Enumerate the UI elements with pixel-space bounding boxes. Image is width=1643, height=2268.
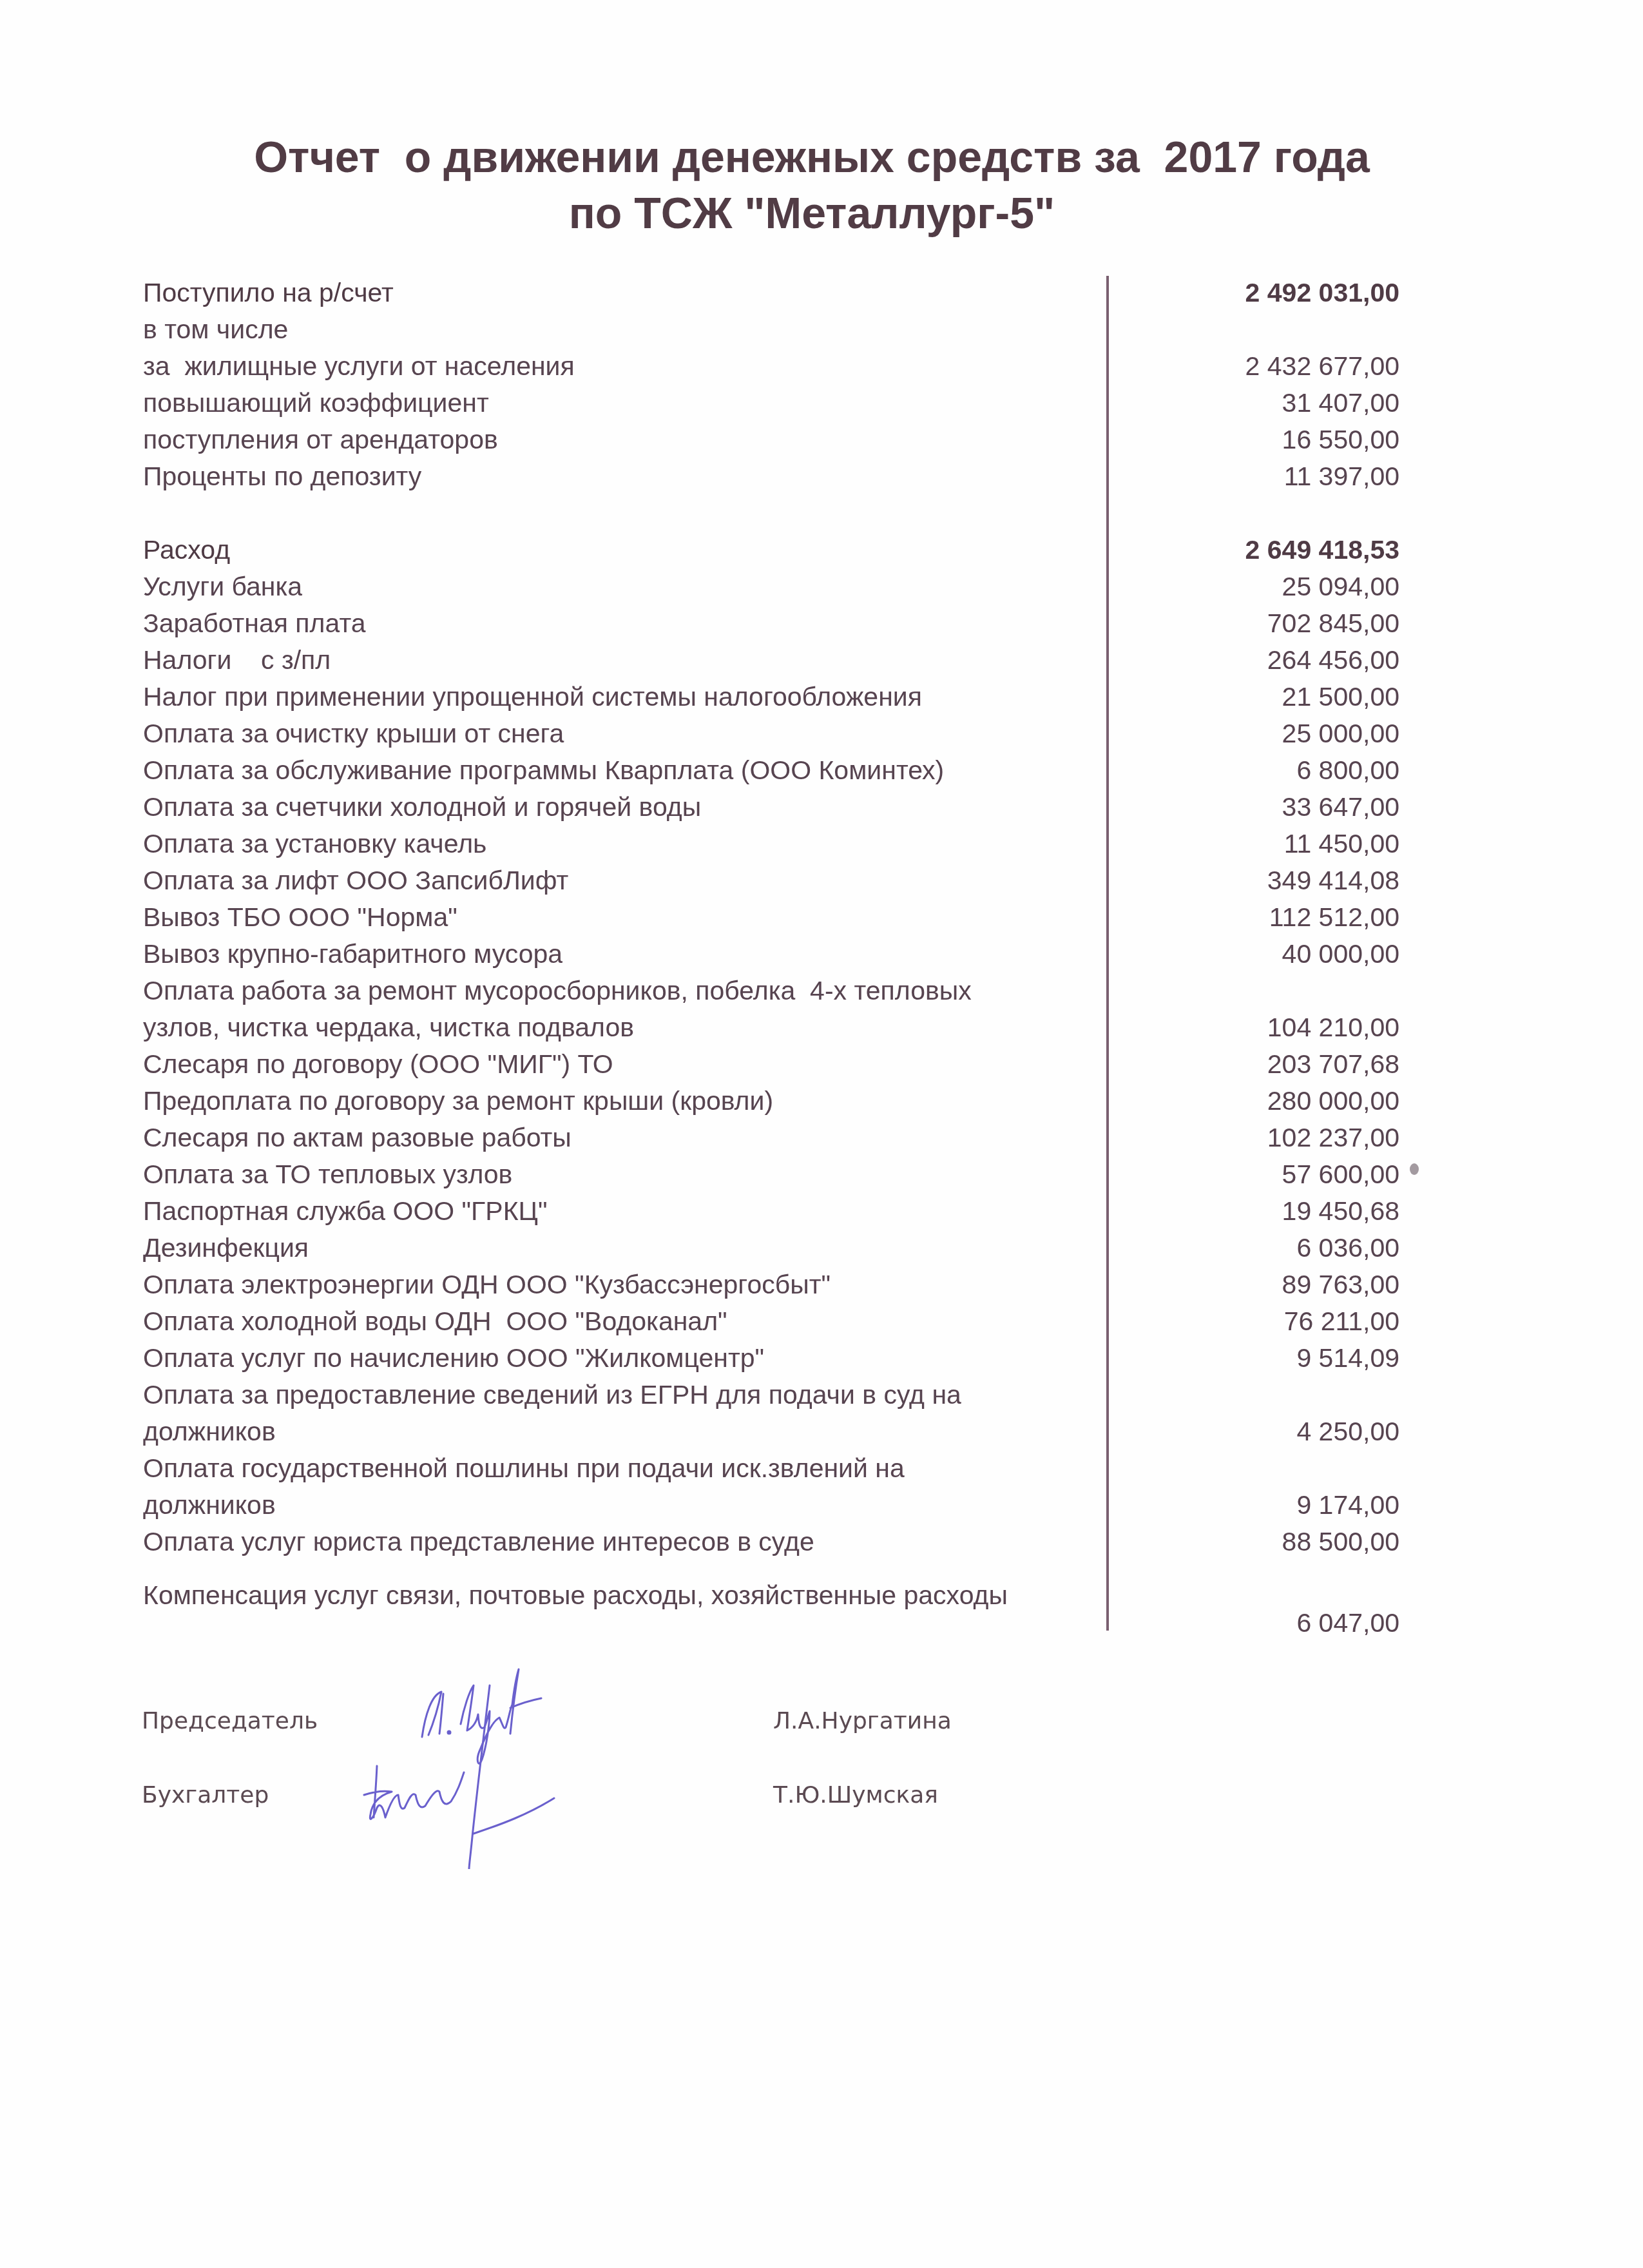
income-subheading-row: в том числе	[143, 311, 1399, 348]
expense-value: 25 094,00	[1282, 568, 1399, 605]
report-title: Отчет о движении денежных средств за 201…	[39, 132, 1585, 182]
expense-label: Оплата услуг по начислению ООО "Жилкомце…	[143, 1340, 764, 1377]
income-total-label: Поступило на р/счет	[143, 275, 394, 311]
expense-label: Налоги с з/пл	[143, 642, 331, 679]
expense-total-value: 2 649 418,53	[1245, 532, 1399, 568]
expense-value: 40 000,00	[1282, 936, 1399, 973]
expense-row: Предоплата по договору за ремонт крыши (…	[143, 1083, 1399, 1119]
income-label: повышающий коэффициент	[143, 385, 489, 422]
expense-label: Оплата за лифт ООО ЗапсибЛифт	[143, 862, 568, 899]
expense-label: Вывоз крупно-габаритного мусора	[143, 936, 562, 973]
expense-label-continued: должников	[143, 1413, 276, 1450]
expense-value: 280 000,00	[1267, 1083, 1399, 1119]
expense-value: 702 845,00	[1267, 605, 1399, 642]
expense-label: Паспортная служба ООО "ГРКЦ"	[143, 1193, 547, 1230]
income-subheading: в том числе	[143, 311, 288, 348]
expense-row: Паспортная служба ООО "ГРКЦ" 19 450,68	[143, 1193, 1399, 1230]
expense-value: 57 600,00	[1282, 1156, 1399, 1193]
expense-row: Оплата услуг по начислению ООО "Жилкомце…	[143, 1340, 1399, 1377]
expense-value: 88 500,00	[1282, 1524, 1399, 1560]
expense-value: 9 514,09	[1296, 1340, 1399, 1377]
income-label: за жилищные услуги от населения	[143, 348, 575, 385]
expense-value: 203 707,68	[1267, 1046, 1399, 1083]
income-row: Проценты по депозиту 11 397,00	[143, 458, 1399, 495]
handwritten-signatures-icon	[361, 1663, 631, 1869]
scan-speck	[1410, 1163, 1419, 1175]
report-subtitle: по ТСЖ "Металлург-5"	[39, 188, 1585, 238]
expense-label: Оплата за установку качель	[143, 826, 486, 862]
signature-role-accountant: Бухгалтер	[142, 1782, 269, 1808]
expense-label: Оплата холодной воды ОДН ООО "Водоканал"	[143, 1303, 727, 1340]
expense-label: Оплата за обслуживание программы Кварпла…	[143, 752, 944, 789]
expense-row: Оплата за ТО тепловых узлов 57 600,00	[143, 1156, 1399, 1193]
expense-row-multiline: Оплата государственной пошлины при подач…	[143, 1450, 1399, 1487]
expense-value: 11 450,00	[1284, 826, 1399, 862]
signature-name-chairman: Л.А.Нургатина	[773, 1708, 952, 1734]
income-value: 31 407,00	[1282, 385, 1399, 422]
expense-row: Оплата за счетчики холодной и горячей во…	[143, 789, 1399, 826]
income-total-value: 2 492 031,00	[1245, 275, 1399, 311]
expense-value: 349 414,08	[1267, 862, 1399, 899]
income-value: 2 432 677,00	[1245, 348, 1399, 385]
income-value: 16 550,00	[1282, 422, 1399, 458]
expense-row-continuation: должников 9 174,00	[143, 1487, 1399, 1524]
expense-row: Оплата за лифт ООО ЗапсибЛифт 349 414,08	[143, 862, 1399, 899]
expense-label: Оплата работа за ремонт мусоросборников,…	[143, 973, 972, 1009]
expense-label: Слесаря по договору (ООО "МИГ") ТО	[143, 1046, 613, 1083]
expense-row: Услуги банка 25 094,00	[143, 568, 1399, 605]
expense-row-multiline: Оплата за предоставление сведений из ЕГР…	[143, 1377, 1399, 1413]
income-value: 11 397,00	[1284, 458, 1399, 495]
expense-value: 264 456,00	[1267, 642, 1399, 679]
expense-label: Оплата за очистку крыши от снега	[143, 715, 564, 752]
expense-value: 6 047,00	[1296, 1605, 1399, 1642]
expense-row: Оплата услуг юриста представление интере…	[143, 1524, 1399, 1560]
expense-value: 112 512,00	[1269, 899, 1399, 936]
expense-row: Оплата электроэнергии ОДН ООО "Кузбассэн…	[143, 1266, 1399, 1303]
expense-value: 4 250,00	[1296, 1413, 1399, 1450]
expense-row: Слесаря по договору (ООО "МИГ") ТО 203 7…	[143, 1046, 1399, 1083]
expense-value: 89 763,00	[1282, 1266, 1399, 1303]
expense-value: 6 036,00	[1296, 1230, 1399, 1266]
expense-row: Вывоз ТБО ООО "Норма" 112 512,00	[143, 899, 1399, 936]
expense-value: 19 450,68	[1282, 1193, 1399, 1230]
income-row: за жилищные услуги от населения 2 432 67…	[143, 348, 1399, 385]
document-page: Отчет о движении денежных средств за 201…	[0, 0, 1643, 2268]
expense-row: Налог при применении упрощенной системы …	[143, 679, 1399, 715]
expense-value: 25 000,00	[1282, 715, 1399, 752]
expense-row: Оплата холодной воды ОДН ООО "Водоканал"…	[143, 1303, 1399, 1340]
expense-label: Вывоз ТБО ООО "Норма"	[143, 899, 457, 936]
expense-label: Оплата за счетчики холодной и горячей во…	[143, 789, 701, 826]
signature-name-accountant: Т.Ю.Шумская	[773, 1782, 938, 1808]
signature-role-chairman: Председатель	[142, 1708, 318, 1734]
expense-row-multiline: Оплата работа за ремонт мусоросборников,…	[143, 973, 1399, 1009]
expense-row: Слесаря по актам разовые работы 102 237,…	[143, 1119, 1399, 1156]
expense-row: Заработная плата 702 845,00	[143, 605, 1399, 642]
expense-label: Оплата за предоставление сведений из ЕГР…	[143, 1377, 961, 1413]
expense-value: 6 800,00	[1296, 752, 1399, 789]
expense-label: Слесаря по актам разовые работы	[143, 1119, 572, 1156]
expense-label-continued: должников	[143, 1487, 276, 1524]
expense-value: 102 237,00	[1267, 1119, 1399, 1156]
income-label: поступления от арендаторов	[143, 422, 498, 458]
expense-row: Оплата за установку качель 11 450,00	[143, 826, 1399, 862]
expense-label-continued: узлов, чистка чердака, чистка подвалов	[143, 1009, 634, 1046]
income-row: повышающий коэффициент 31 407,00	[143, 385, 1399, 422]
expense-label: Оплата за ТО тепловых узлов	[143, 1156, 512, 1193]
expense-row: Оплата за очистку крыши от снега 25 000,…	[143, 715, 1399, 752]
expense-value: 76 211,00	[1284, 1303, 1399, 1340]
expense-row-continuation: должников 4 250,00	[143, 1413, 1399, 1450]
expense-row: Дезинфекция 6 036,00	[143, 1230, 1399, 1266]
expense-row-last-value: 6 047,00	[143, 1605, 1399, 1642]
expense-label: Услуги банка	[143, 568, 302, 605]
income-row: поступления от арендаторов 16 550,00	[143, 422, 1399, 458]
expense-total-label: Расход	[143, 532, 230, 568]
expense-label: Налог при применении упрощенной системы …	[143, 679, 922, 715]
expense-label: Оплата услуг юриста представление интере…	[143, 1524, 814, 1560]
expense-row-continuation: узлов, чистка чердака, чистка подвалов 1…	[143, 1009, 1399, 1046]
expense-label: Оплата электроэнергии ОДН ООО "Кузбассэн…	[143, 1266, 831, 1303]
expense-row: Налоги с з/пл 264 456,00	[143, 642, 1399, 679]
expense-value: 21 500,00	[1282, 679, 1399, 715]
expense-label: Заработная плата	[143, 605, 366, 642]
expense-label: Оплата государственной пошлины при подач…	[143, 1450, 905, 1487]
expense-row: Вывоз крупно-габаритного мусора 40 000,0…	[143, 936, 1399, 973]
expense-row: Оплата за обслуживание программы Кварпла…	[143, 752, 1399, 789]
expense-value: 33 647,00	[1282, 789, 1399, 826]
expense-value: 9 174,00	[1296, 1487, 1399, 1524]
income-total-row: Поступило на р/счет 2 492 031,00	[143, 275, 1399, 311]
expense-value: 104 210,00	[1267, 1009, 1399, 1046]
expense-label: Дезинфекция	[143, 1230, 309, 1266]
expense-total-row: Расход 2 649 418,53	[143, 532, 1399, 568]
income-label: Проценты по депозиту	[143, 458, 421, 495]
expense-label: Предоплата по договору за ремонт крыши (…	[143, 1083, 773, 1119]
